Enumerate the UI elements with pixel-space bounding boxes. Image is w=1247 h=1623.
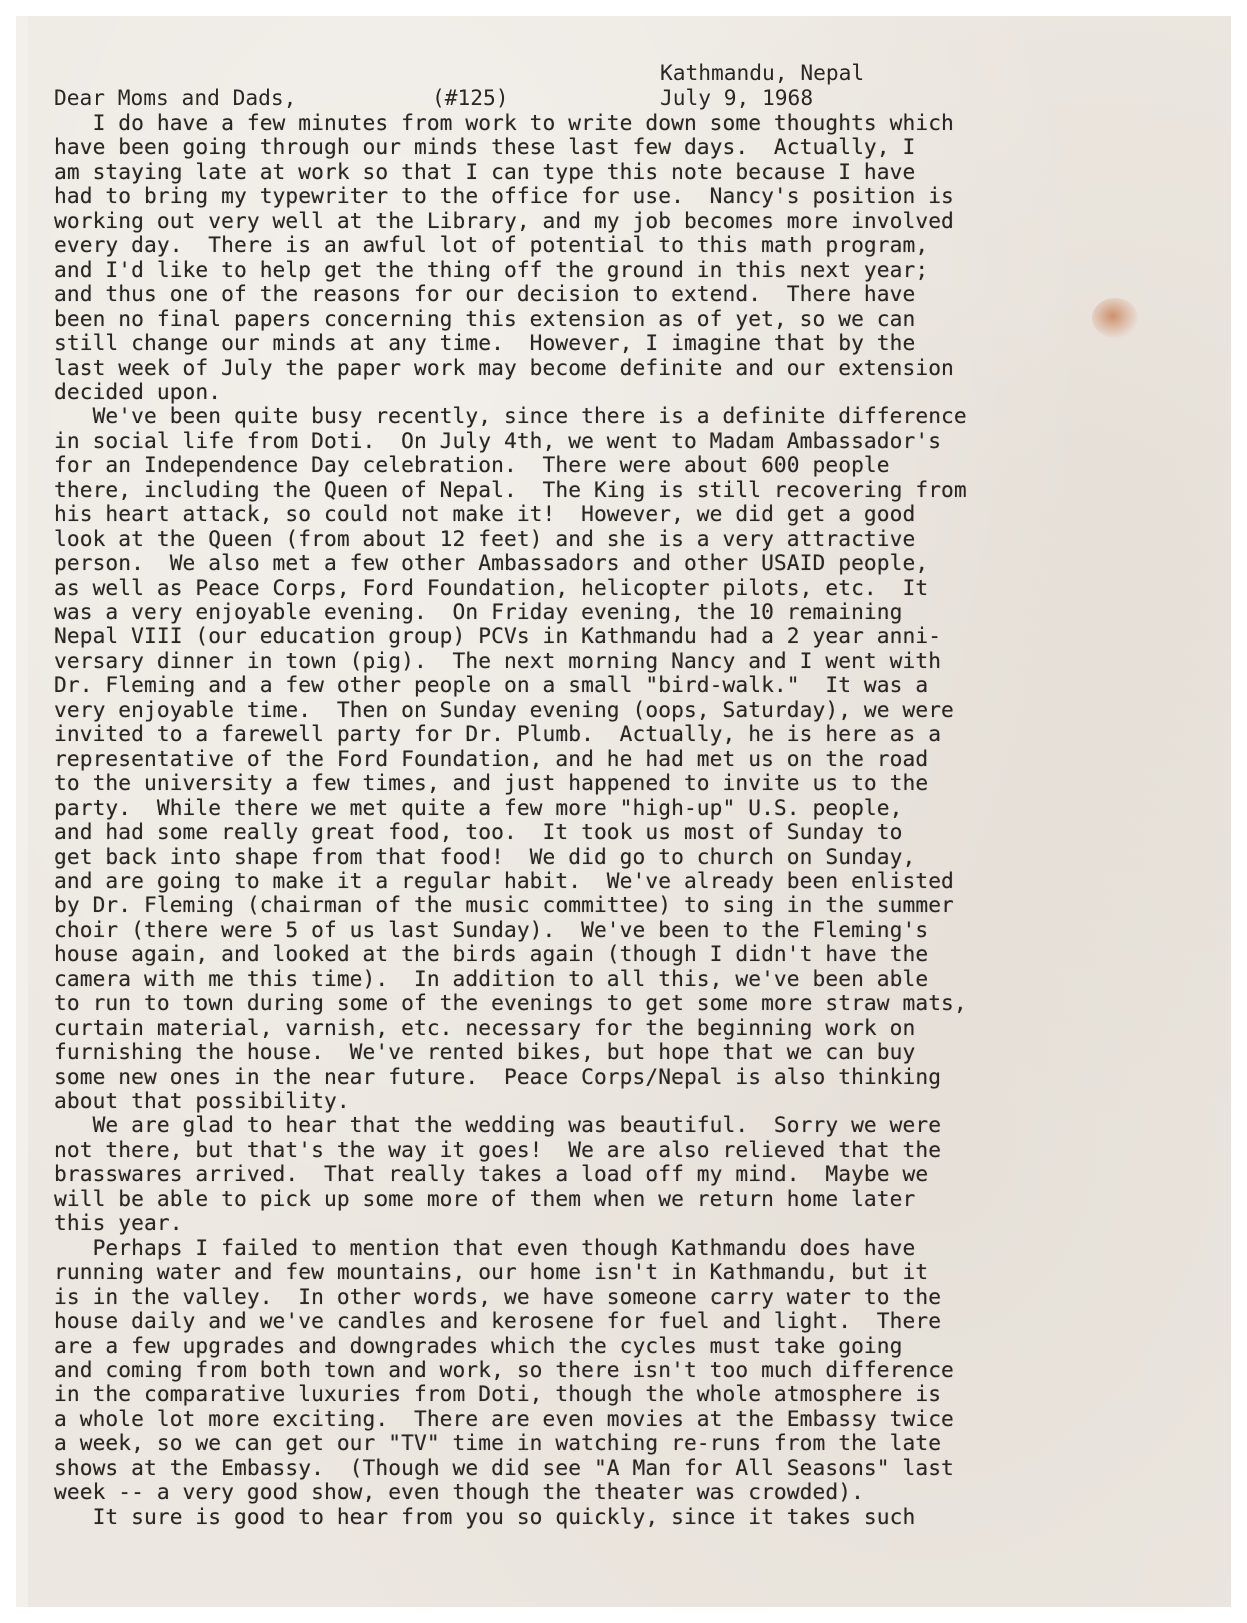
letter-line: curtain material, varnish, etc. necessar…: [54, 1015, 915, 1040]
letter-line: camera with me this time). In addition t…: [54, 966, 928, 991]
letter-line: very enjoyable time. Then on Sunday even…: [54, 697, 954, 722]
letter-line: We've been quite busy recently, since th…: [54, 403, 967, 428]
letter-line: and coming from both town and work, so t…: [54, 1357, 954, 1382]
letter-line: a week, so we can get our "TV" time in w…: [54, 1430, 941, 1455]
letter-line: and thus one of the reasons for our deci…: [54, 281, 915, 306]
letter-line: look at the Queen (from about 12 feet) a…: [54, 526, 915, 551]
letter-line: party. While there we met quite a few mo…: [54, 795, 903, 820]
letter-line: invited to a farewell party for Dr. Plum…: [54, 721, 941, 746]
letter-number: (#125): [432, 85, 509, 110]
letter-location: Kathmandu, Nepal: [660, 60, 864, 85]
letter-line: about that possibility.: [54, 1088, 350, 1113]
letter-line: for an Independence Day celebration. The…: [54, 452, 890, 477]
letter-date: July 9, 1968: [660, 85, 813, 110]
letter-line: as well as Peace Corps, Ford Foundation,…: [54, 575, 928, 600]
letter-line: furnishing the house. We've rented bikes…: [54, 1039, 915, 1064]
letter-line: We are glad to hear that the wedding was…: [54, 1112, 941, 1137]
letter-line: Dr. Fleming and a few other people on a …: [54, 672, 928, 697]
letter-line: had to bring my typewriter to the office…: [54, 183, 954, 208]
letter-line: It sure is good to hear from you so quic…: [54, 1504, 915, 1529]
letter-line: there, including the Queen of Nepal. The…: [54, 477, 967, 502]
letter-line: running water and few mountains, our hom…: [54, 1259, 928, 1284]
letter-line: am staying late at work so that I can ty…: [54, 159, 915, 184]
letter-line: been no final papers concerning this ext…: [54, 306, 915, 331]
letter-line: was a very enjoyable evening. On Friday …: [54, 599, 903, 624]
letter-line: shows at the Embassy. (Though we did see…: [54, 1455, 954, 1480]
letter-line: working out very well at the Library, an…: [54, 208, 954, 233]
letter-line: Nepal VIII (our education group) PCVs in…: [54, 623, 941, 648]
letter-line: is in the valley. In other words, we hav…: [54, 1284, 941, 1309]
letter-line: in the comparative luxuries from Doti, t…: [54, 1381, 941, 1406]
letter-line: to run to town during some of the evenin…: [54, 990, 967, 1015]
letter-line: his heart attack, so could not make it! …: [54, 501, 915, 526]
letter-line: a whole lot more exciting. There are eve…: [54, 1406, 954, 1431]
letter-line: some new ones in the near future. Peace …: [54, 1064, 941, 1089]
letter-line: will be able to pick up some more of the…: [54, 1186, 915, 1211]
letter-line: I do have a few minutes from work to wri…: [54, 110, 954, 135]
letter-line: versary dinner in town (pig). The next m…: [54, 648, 941, 673]
page-edge: [16, 16, 28, 1607]
letter-line: choir (there were 5 of us last Sunday). …: [54, 917, 928, 942]
letter-line: decided upon.: [54, 379, 221, 404]
letter-line: week -- a very good show, even though th…: [54, 1479, 864, 1504]
letter-line: and I'd like to help get the thing off t…: [54, 257, 928, 282]
letter-line: by Dr. Fleming (chairman of the music co…: [54, 892, 954, 917]
letter-line: house daily and we've candles and kerose…: [54, 1308, 941, 1333]
letter-line: are a few upgrades and downgrades which …: [54, 1333, 903, 1358]
letter-line: brasswares arrived. That really takes a …: [54, 1161, 928, 1186]
letter-line: still change our minds at any time. Howe…: [54, 330, 915, 355]
letter-line: in social life from Doti. On July 4th, w…: [54, 428, 941, 453]
letter-line: and are going to make it a regular habit…: [54, 868, 954, 893]
letter-line: Perhaps I failed to mention that even th…: [54, 1235, 915, 1260]
letter-line: have been going through our minds these …: [54, 134, 915, 159]
letter-line: to the university a few times, and just …: [54, 770, 928, 795]
letter-line: house again, and looked at the birds aga…: [54, 941, 928, 966]
letter-line: person. We also met a few other Ambassad…: [54, 550, 928, 575]
letter-line: get back into shape from that food! We d…: [54, 844, 915, 869]
letter-line: this year.: [54, 1210, 183, 1235]
rust-stain: [1092, 298, 1138, 338]
letter-line: representative of the Ford Foundation, a…: [54, 746, 928, 771]
letter-greeting: Dear Moms and Dads,: [54, 85, 296, 110]
letter-line: not there, but that's the way it goes! W…: [54, 1137, 941, 1162]
letter-line: and had some really great food, too. It …: [54, 819, 903, 844]
letter-line: every day. There is an awful lot of pote…: [54, 232, 928, 257]
letter-line: last week of July the paper work may bec…: [54, 355, 954, 380]
